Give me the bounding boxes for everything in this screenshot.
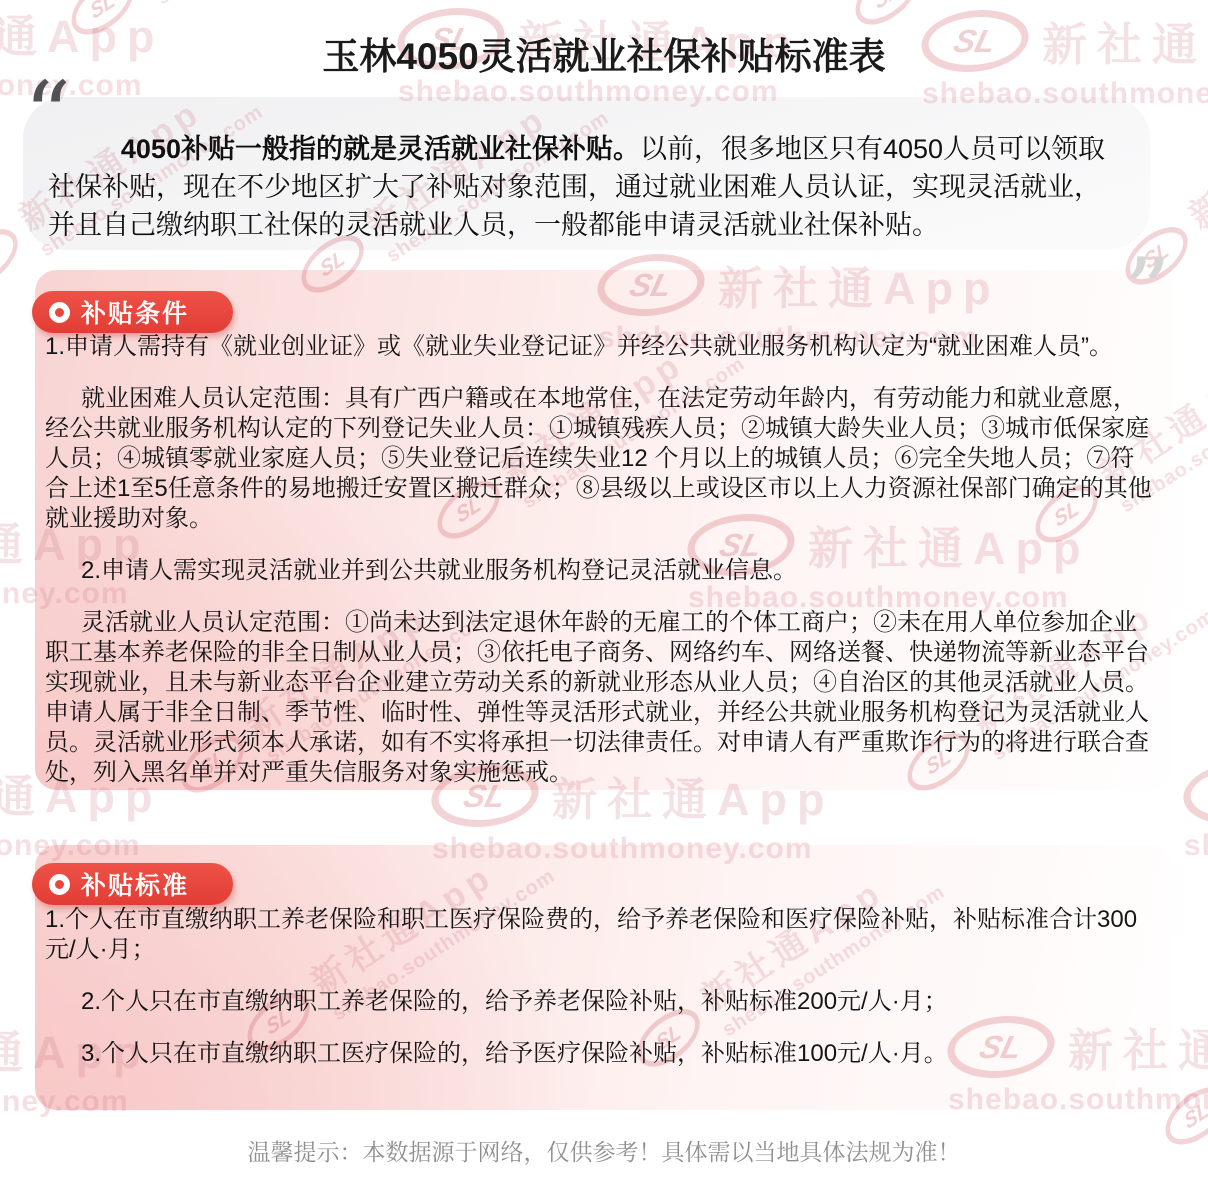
content-layer: 玉林4050灵活就业社保补贴标准表 “ “ 4050补贴一般指的就是灵活就业社保… — [0, 0, 1208, 1198]
badge-subsidy-conditions: 补贴条件 — [32, 291, 233, 333]
badge-subsidy-standards: 补贴标准 — [32, 863, 233, 905]
intro-paragraph: 4050补贴一般指的就是灵活就业社保补贴。以前，很多地区只有4050人员可以领取… — [48, 130, 1110, 244]
badge-label: 补贴条件 — [81, 294, 189, 330]
paragraph: 2.个人只在市直缴纳职工养老保险的，给予养老保险补贴，补贴标准200元/人·月； — [45, 987, 1153, 1017]
ring-icon — [49, 302, 70, 323]
close-quote-icon: “ — [1126, 212, 1173, 272]
paragraph: 3.个人只在市直缴纳职工医疗保险的，给予医疗保险补贴，补贴标准100元/人·月。 — [45, 1039, 1153, 1069]
section-conditions-body: 1.申请人需持有《就业创业证》或《就业失业登记证》并经公共就业服务机构认定为“就… — [45, 332, 1153, 810]
paragraph: 灵活就业人员认定范围：①尚未达到法定退休年龄的无雇工的个体工商户；②未在用人单位… — [45, 608, 1153, 788]
ring-icon — [49, 874, 70, 895]
paragraph: 1.申请人需持有《就业创业证》或《就业失业登记证》并经公共就业服务机构认定为“就… — [45, 332, 1153, 362]
badge-label: 补贴标准 — [81, 866, 189, 902]
paragraph: 就业困难人员认定范围：具有广西户籍或在本地常住，在法定劳动年龄内，有劳动能力和就… — [45, 384, 1153, 534]
section-standards-body: 1.个人在市直缴纳职工养老保险和职工医疗保险费的，给予养老保险和医疗保险补贴，补… — [45, 905, 1153, 1091]
page: SL新社通Appshebao.southmoney.comSL新社通Appshe… — [0, 0, 1208, 1198]
footer-disclaimer: 温馨提示：本数据源于网络，仅供参考！具体需以当地具体法规为准！ — [0, 1134, 1208, 1167]
page-title: 玉林4050灵活就业社保补贴标准表 — [0, 26, 1208, 80]
intro-lead-bold: 4050补贴一般指的就是灵活就业社保补贴。 — [121, 134, 640, 164]
paragraph: 2.申请人需实现灵活就业并到公共就业服务机构登记灵活就业信息。 — [45, 556, 1153, 586]
paragraph: 1.个人在市直缴纳职工养老保险和职工医疗保险费的，给予养老保险和医疗保险补贴，补… — [45, 905, 1153, 965]
